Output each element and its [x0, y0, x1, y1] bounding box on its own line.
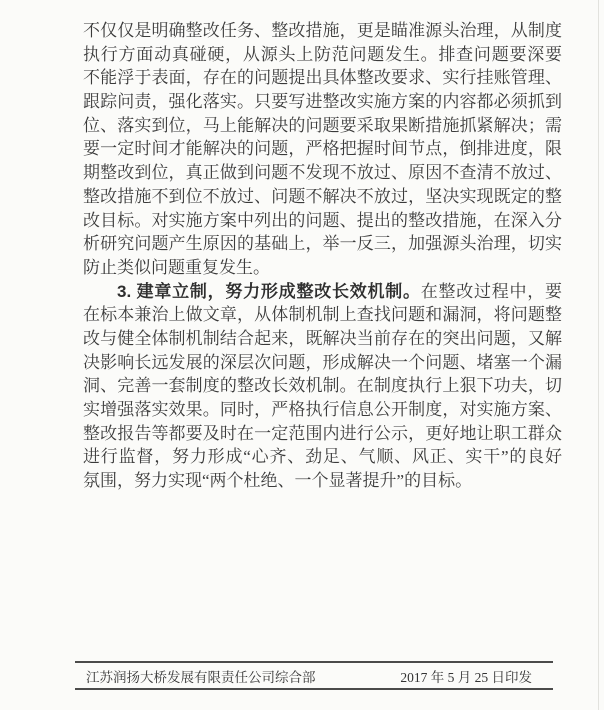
text-line: 期整改到位，真正做到问题不发现不放过、原因不查清不放过、 — [83, 161, 562, 185]
text-line: 氛围，努力实现“两个杜绝、一个显著提升”的目标。 — [83, 469, 562, 493]
text-segment: 位、落实到位，马上能解决的问题要采取果断措施抓紧解决；需 — [83, 116, 562, 135]
text-segment: 要一定时间才能解决的问题，严格把握时间节点，倒排进度，限 — [83, 139, 562, 158]
text-segment: 在整改过程中，要 — [421, 282, 562, 301]
text-segment: 不仅仅是明确整改任务、整改措施，更是瞄准源头治理，从制度 — [83, 21, 562, 40]
text-line: 3. 建章立制，努力形成整改长效机制。在整改过程中，要 — [83, 280, 562, 304]
text-line: 防止类似问题重复发生。 — [83, 256, 562, 280]
text-segment: 防止类似问题重复发生。 — [83, 258, 270, 277]
text-segment: 决影响长远发展的深层次问题，形成解决一个问题、堵塞一个漏 — [83, 353, 562, 372]
text-line: 位、落实到位，马上能解决的问题要采取果断措施抓紧解决；需 — [83, 114, 562, 138]
text-segment: 整改报告等都要及时在一定范围内进行公示，更好地让职工群众 — [83, 424, 562, 443]
text-segment: 进行监督，努力形成“心齐、劲足、气顺、风正、实干”的良好 — [83, 447, 562, 466]
heading-segment: 3. 建章立制，努力形成整改长效机制。 — [117, 282, 421, 301]
text-line: 实增强落实效果。同时，严格执行信息公开制度，对实施方案、 — [83, 398, 562, 422]
text-line: 改目标。对实施方案中列出的问题、提出的整改措施，在深入分 — [83, 209, 562, 233]
page-edge-line — [598, 0, 599, 710]
text-line: 不能浮于表面，存在的问题提出具体整改要求、实行挂账管理、 — [83, 66, 562, 90]
text-line: 跟踪问责，强化落实。只要写进整改实施方案的内容都必须抓到 — [83, 90, 562, 114]
footer-date: 2017 年 5 月 25 日印发 — [400, 666, 532, 686]
footer-rule-bottom — [75, 688, 553, 690]
text-segment: 不能浮于表面，存在的问题提出具体整改要求、实行挂账管理、 — [83, 68, 562, 87]
text-segment: 氛围，努力实现“两个杜绝、一个显著提升”的目标。 — [83, 471, 472, 490]
document-page: 不仅仅是明确整改任务、整改措施，更是瞄准源头治理，从制度执行方面动真碰硬，从源头… — [0, 0, 604, 710]
footer-issuer: 江苏润扬大桥发展有限责任公司综合部 — [86, 666, 316, 686]
text-segment: 洞、完善一套制度的整改长效机制。在制度执行上狠下功夫，切 — [83, 376, 562, 395]
text-segment: 跟踪问责，强化落实。只要写进整改实施方案的内容都必须抓到 — [83, 92, 562, 111]
text-segment: 改目标。对实施方案中列出的问题、提出的整改措施，在深入分 — [83, 211, 562, 230]
document-body: 不仅仅是明确整改任务、整改措施，更是瞄准源头治理，从制度执行方面动真碰硬，从源头… — [83, 19, 562, 493]
text-line: 不仅仅是明确整改任务、整改措施，更是瞄准源头治理，从制度 — [83, 19, 562, 43]
text-line: 洞、完善一套制度的整改长效机制。在制度执行上狠下功夫，切 — [83, 374, 562, 398]
text-segment: 执行方面动真碰硬，从源头上防范问题发生。排查问题要深要准， — [83, 45, 562, 67]
text-line: 进行监督，努力形成“心齐、劲足、气顺、风正、实干”的良好 — [83, 445, 562, 469]
text-segment: 析研究问题产生原因的基础上，举一反三，加强源头治理，切实 — [83, 234, 562, 253]
text-segment: 实增强落实效果。同时，严格执行信息公开制度，对实施方案、 — [83, 400, 562, 419]
footer-row: 江苏润扬大桥发展有限责任公司综合部 2017 年 5 月 25 日印发 — [75, 663, 553, 688]
text-segment: 改与健全体制机制结合起来，既解决当前存在的突出问题，又解 — [83, 329, 562, 348]
document-footer: 江苏润扬大桥发展有限责任公司综合部 2017 年 5 月 25 日印发 — [75, 661, 553, 690]
text-line: 整改措施不到位不放过、问题不解决不放过，坚决实现既定的整 — [83, 185, 562, 209]
text-line: 整改报告等都要及时在一定范围内进行公示，更好地让职工群众 — [83, 422, 562, 446]
text-line: 要一定时间才能解决的问题，严格把握时间节点，倒排进度，限 — [83, 137, 562, 161]
text-segment: 整改措施不到位不放过、问题不解决不放过，坚决实现既定的整 — [83, 187, 562, 206]
text-line: 改与健全体制机制结合起来，既解决当前存在的突出问题，又解 — [83, 327, 562, 351]
text-segment: 在标本兼治上做文章，从体制机制上查找问题和漏洞，将问题整 — [83, 305, 562, 324]
text-segment: 期整改到位，真正做到问题不发现不放过、原因不查清不放过、 — [83, 163, 562, 182]
text-line: 决影响长远发展的深层次问题，形成解决一个问题、堵塞一个漏 — [83, 351, 562, 375]
text-line: 析研究问题产生原因的基础上，举一反三，加强源头治理，切实 — [83, 232, 562, 256]
text-line: 执行方面动真碰硬，从源头上防范问题发生。排查问题要深要准， — [83, 43, 562, 67]
text-line: 在标本兼治上做文章，从体制机制上查找问题和漏洞，将问题整 — [83, 303, 562, 327]
